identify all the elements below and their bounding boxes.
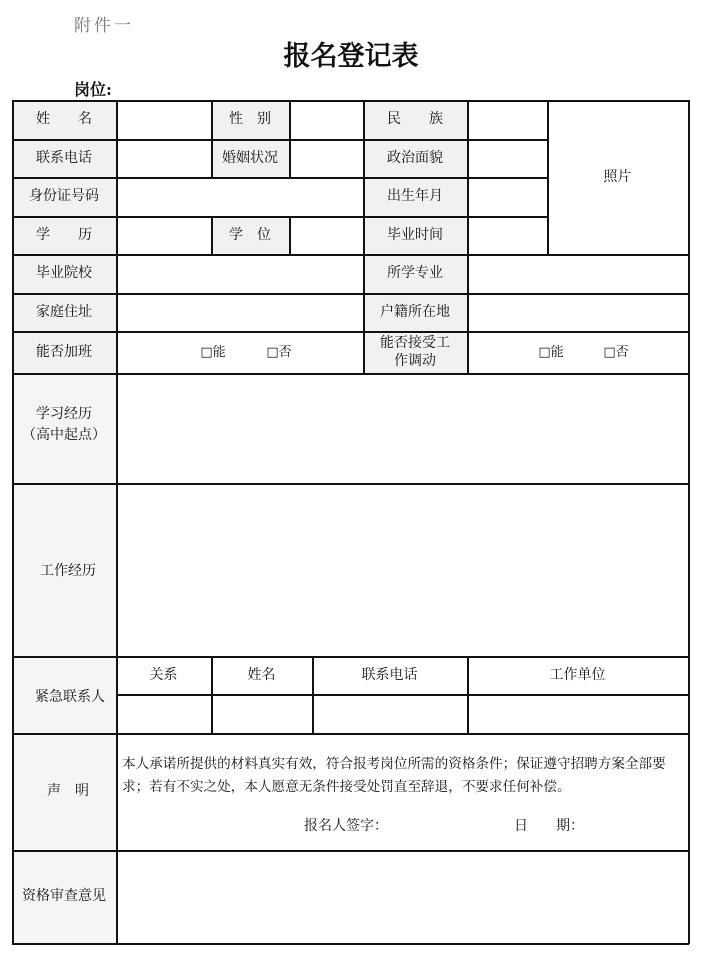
ethnicity-field[interactable] (467, 100, 547, 139)
emergency-col-phone: 联系电话 (312, 656, 467, 694)
political-field[interactable] (467, 139, 547, 177)
emergency-phone-field[interactable] (312, 694, 467, 733)
study-history-label: 学习经历（高中起点） (12, 373, 116, 483)
grid-line (12, 254, 689, 256)
transfer-no-checkbox[interactable]: □否 (601, 331, 631, 373)
grad-time-label: 毕业时间 (363, 216, 467, 254)
grid-line (211, 100, 213, 139)
grid-line (211, 139, 213, 177)
degree-label: 学 位 (211, 216, 289, 254)
review-field[interactable] (116, 850, 688, 943)
declaration-text: 本人承诺所提供的材料真实有效，符合报考岗位所需的资格条件；保证遵守招聘方案全部要… (122, 753, 685, 799)
form-title: 报名登记表 (0, 34, 702, 73)
grid-line (467, 656, 469, 733)
hukou-field[interactable] (467, 293, 688, 331)
work-history-field[interactable] (116, 483, 688, 656)
marital-field[interactable] (289, 139, 363, 177)
transfer-yes-checkbox[interactable]: □能 (536, 331, 566, 373)
hukou-label: 户籍所在地 (363, 293, 467, 331)
grid-line (12, 483, 689, 485)
name-label: 姓 名 (12, 100, 116, 139)
grid-line (211, 216, 213, 254)
ethnicity-label: 民 族 (363, 100, 467, 139)
degree-field[interactable] (289, 216, 363, 254)
grid-line (12, 656, 689, 658)
phone-field[interactable] (116, 139, 211, 177)
grid-line (688, 100, 690, 944)
gender-label: 性 别 (211, 100, 289, 139)
grid-line (467, 100, 469, 373)
grid-line (211, 656, 213, 733)
school-field[interactable] (116, 254, 363, 293)
emergency-relation-field[interactable] (116, 694, 211, 733)
date-label: 日 期： (514, 815, 584, 835)
declaration-label: 声 明 (12, 733, 124, 850)
emergency-col-workplace: 工作单位 (467, 656, 688, 694)
political-label: 政治面貌 (363, 139, 467, 177)
grid-line (547, 100, 549, 254)
overtime-yes-checkbox[interactable]: □能 (198, 331, 228, 373)
education-label: 学 历 (12, 216, 116, 254)
grid-line (116, 100, 118, 944)
grid-line (12, 943, 689, 945)
birth-field[interactable] (467, 177, 547, 216)
school-label: 毕业院校 (12, 254, 116, 293)
grid-line (289, 100, 291, 177)
address-label: 家庭住址 (12, 293, 116, 331)
grid-line (12, 373, 689, 375)
id-label: 身份证号码 (12, 177, 116, 216)
marital-label: 婚姻状况 (211, 139, 289, 177)
post-label: 岗位: (74, 77, 112, 100)
signature-label: 报名人签字： (304, 815, 388, 835)
major-field[interactable] (467, 254, 688, 293)
gender-field[interactable] (289, 100, 363, 139)
grid-line (116, 694, 689, 696)
transfer-label: 能否接受工作调动 (363, 331, 467, 373)
id-field[interactable] (116, 177, 363, 216)
emergency-workplace-field[interactable] (467, 694, 688, 733)
review-label: 资格审查意见 (12, 850, 116, 943)
attachment-label: 附件一 (74, 11, 134, 36)
grid-line (12, 733, 689, 735)
grid-line (312, 656, 314, 733)
overtime-no-checkbox[interactable]: □否 (264, 331, 294, 373)
photo-box[interactable]: 照片 (547, 100, 688, 254)
grid-line (12, 100, 14, 944)
emergency-name-field[interactable] (211, 694, 312, 733)
address-field[interactable] (116, 293, 363, 331)
birth-label: 出生年月 (363, 177, 467, 216)
grid-line (363, 100, 365, 373)
grid-line (12, 100, 689, 102)
grid-line (12, 850, 689, 852)
name-field[interactable] (116, 100, 211, 139)
grad-time-field[interactable] (467, 216, 547, 254)
emergency-contact-label: 紧急联系人 (12, 656, 128, 733)
grid-line (12, 293, 689, 295)
major-label: 所学专业 (363, 254, 467, 293)
emergency-col-name: 姓名 (211, 656, 312, 694)
education-field[interactable] (116, 216, 211, 254)
study-history-field[interactable] (116, 373, 688, 483)
emergency-col-relation: 关系 (116, 656, 211, 694)
grid-line (12, 331, 689, 333)
work-history-label: 工作经历 (12, 483, 124, 656)
grid-line (289, 216, 291, 254)
phone-label: 联系电话 (12, 139, 116, 177)
overtime-label: 能否加班 (12, 331, 116, 373)
